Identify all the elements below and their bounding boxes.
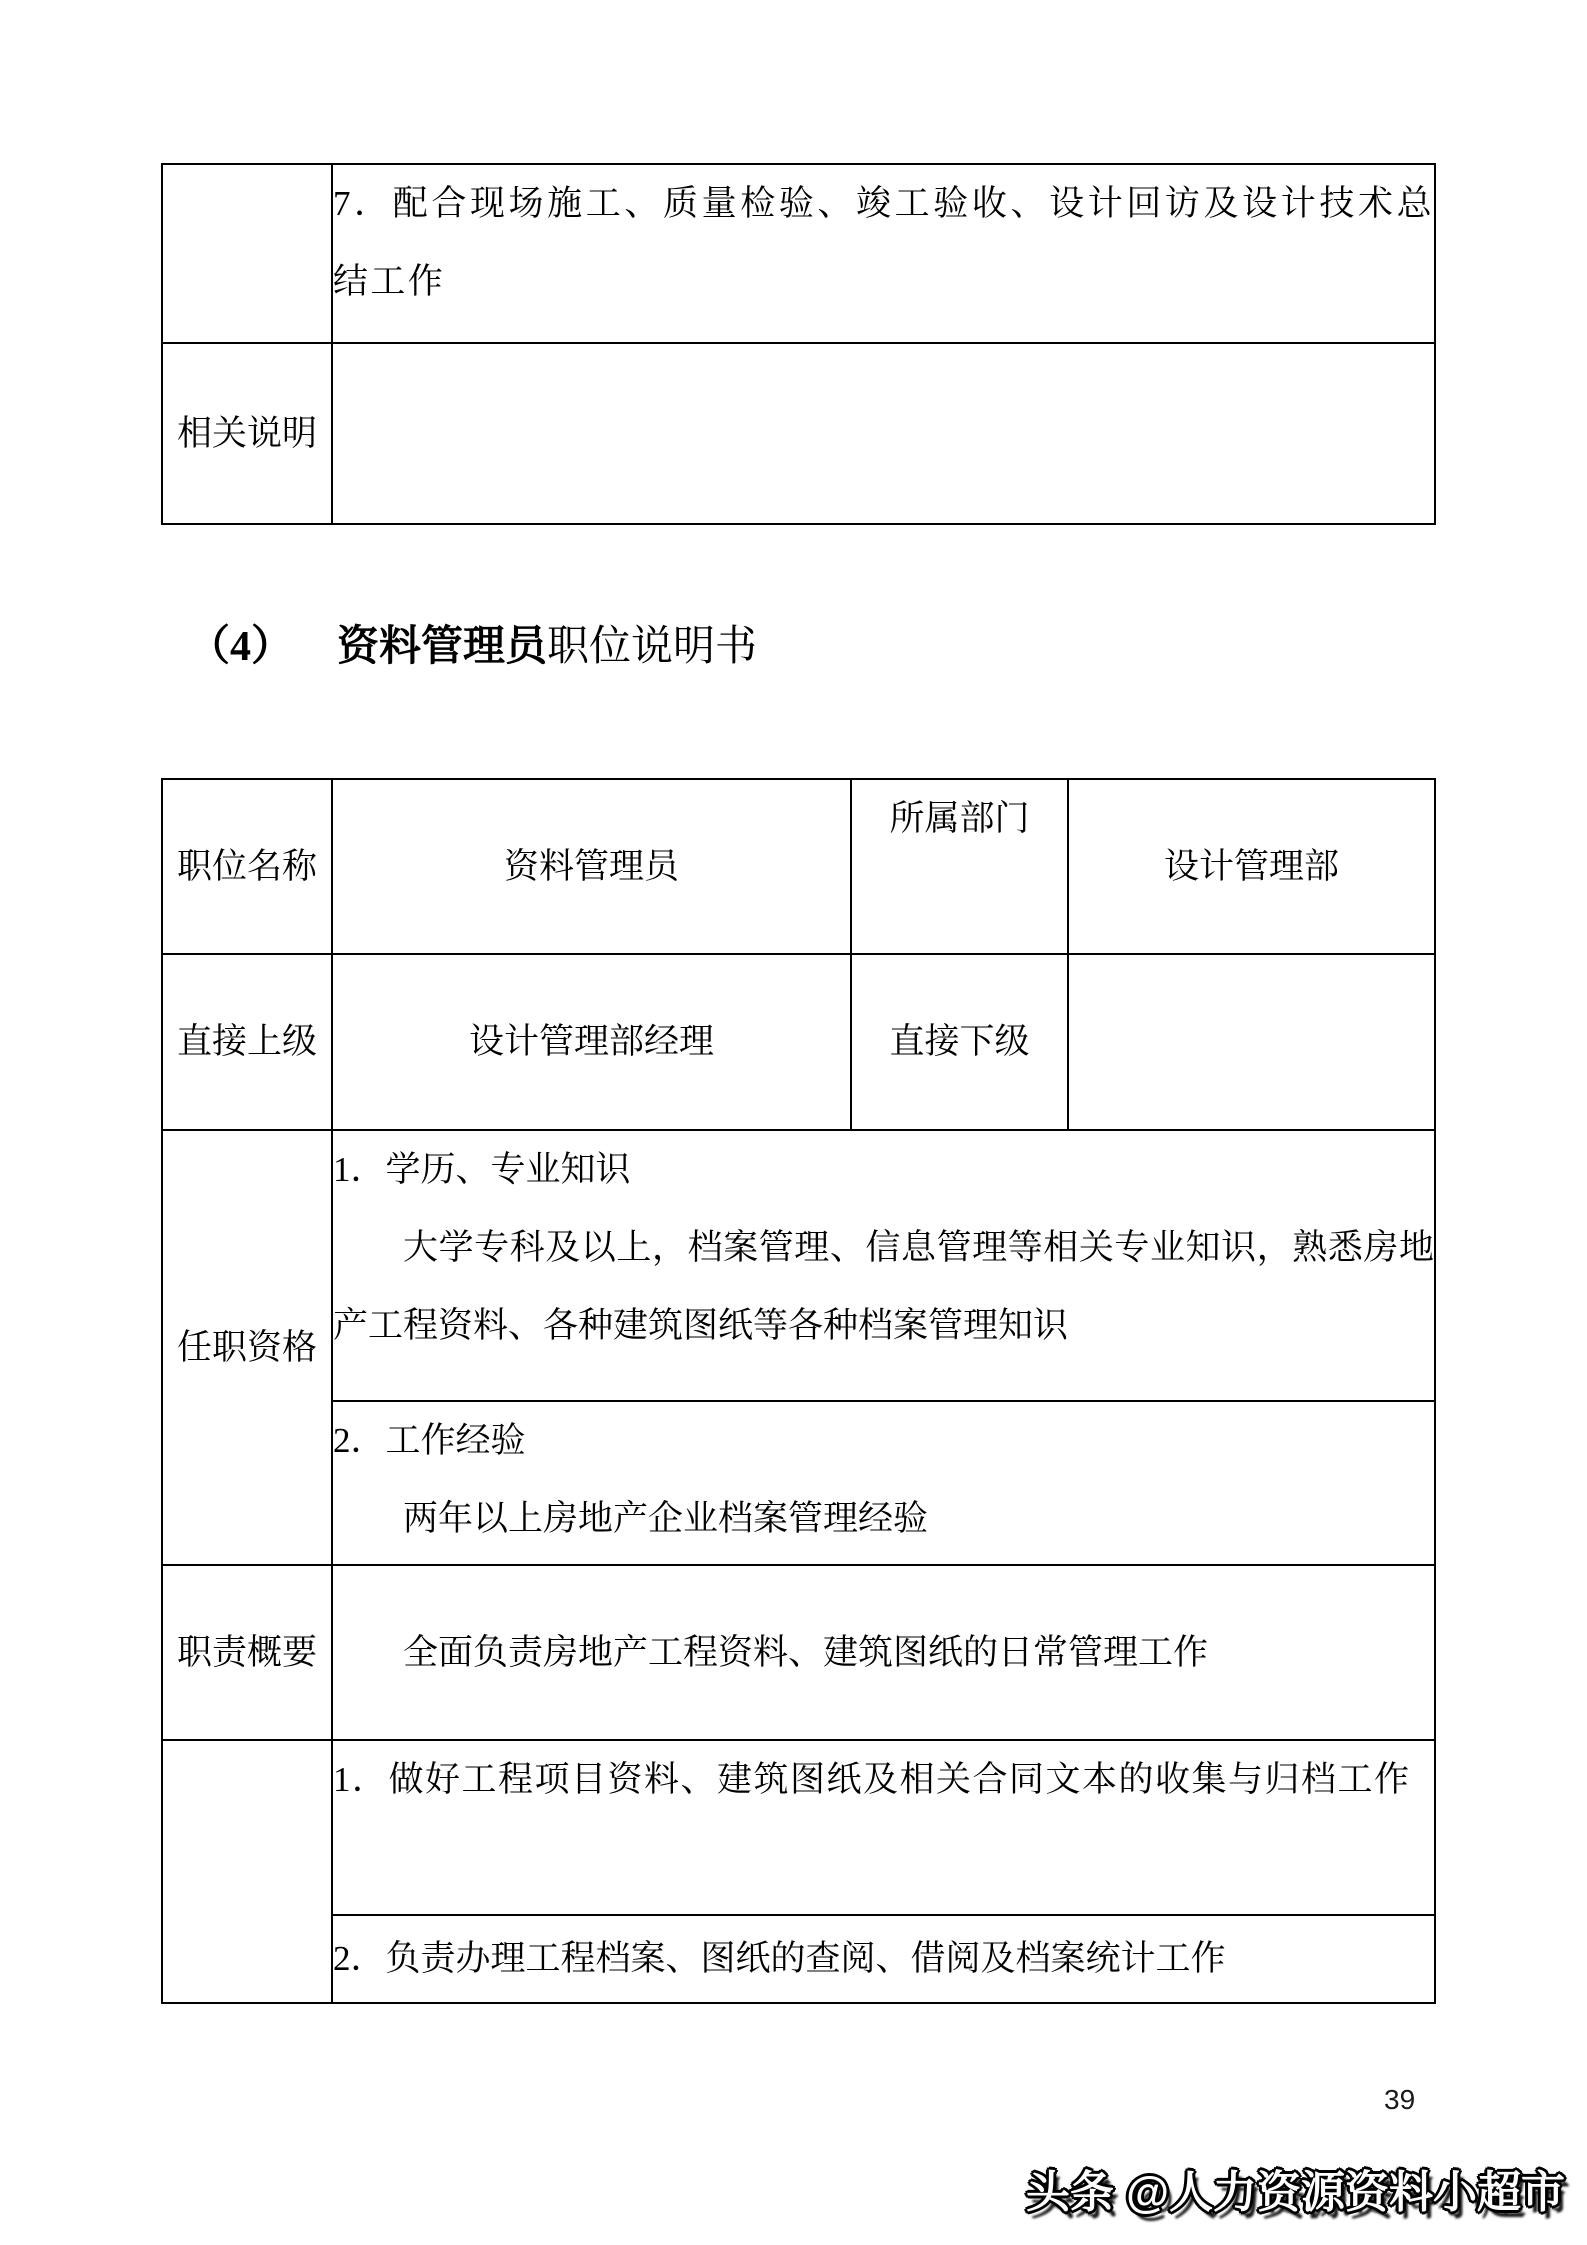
subordinate-value <box>1068 954 1435 1130</box>
table-row: 2．工作经验 两年以上房地产企业档案管理经验 <box>162 1401 1435 1565</box>
experience-title: 2．工作经验 <box>333 1402 1434 1480</box>
department-label: 所属部门 <box>851 779 1068 954</box>
section-heading: （4）资料管理员职位说明书 <box>188 602 757 692</box>
section-number: （4） <box>188 624 293 670</box>
duty-item-1-cell: 1．做好工程项目资料、建筑图纸及相关合同文本的收集与归档工作 <box>332 1740 1435 1915</box>
duty-7-text: 7．配合现场施工、质量检验、竣工验收、设计回访及设计技术总结工作 <box>333 165 1434 321</box>
qualifications-label: 任职资格 <box>162 1130 332 1565</box>
superior-label: 直接上级 <box>162 954 332 1130</box>
watermark: 头条 @人力资源资料小超市 <box>1026 2156 1565 2220</box>
qualifications-education-cell: 1．学历、专业知识 大学专科及以上，档案管理、信息管理等相关专业知识，熟悉房地产… <box>332 1130 1435 1401</box>
table-row: 1．做好工程项目资料、建筑图纸及相关合同文本的收集与归档工作 <box>162 1740 1435 1915</box>
duties-empty-label <box>162 1740 332 2003</box>
table-row: 相关说明 <box>162 343 1435 524</box>
education-title: 1．学历、专业知识 <box>333 1131 1434 1209</box>
job-description-table: 职位名称 资料管理员 所属部门 设计管理部 直接上级 设计管理部经理 直接下级 … <box>161 778 1436 2004</box>
document-page: 7．配合现场施工、质量检验、竣工验收、设计回访及设计技术总结工作 相关说明 （4… <box>0 0 1587 2245</box>
table-row: 7．配合现场施工、质量检验、竣工验收、设计回访及设计技术总结工作 <box>162 164 1435 343</box>
summary-cell: 全面负责房地产工程资料、建筑图纸的日常管理工作 <box>332 1565 1435 1740</box>
superior-value: 设计管理部经理 <box>332 954 851 1130</box>
position-name-label: 职位名称 <box>162 779 332 954</box>
table-row: 职责概要 全面负责房地产工程资料、建筑图纸的日常管理工作 <box>162 1565 1435 1740</box>
summary-label: 职责概要 <box>162 1565 332 1740</box>
table-row: 任职资格 1．学历、专业知识 大学专科及以上，档案管理、信息管理等相关专业知识，… <box>162 1130 1435 1401</box>
table-row: 直接上级 设计管理部经理 直接下级 <box>162 954 1435 1130</box>
page-number: 39 <box>1384 2084 1415 2116</box>
related-notes-label: 相关说明 <box>162 343 332 524</box>
duty-item-2-text: 2．负责办理工程档案、图纸的查阅、借阅及档案统计工作 <box>333 1920 1434 1998</box>
experience-detail: 两年以上房地产企业档案管理经验 <box>333 1480 1434 1558</box>
education-detail: 大学专科及以上，档案管理、信息管理等相关专业知识，熟悉房地产工程资料、各种建筑图… <box>333 1209 1434 1365</box>
continuation-table: 7．配合现场施工、质量检验、竣工验收、设计回访及设计技术总结工作 相关说明 <box>161 163 1436 525</box>
department-value: 设计管理部 <box>1068 779 1435 954</box>
table-row: 2．负责办理工程档案、图纸的查阅、借阅及档案统计工作 <box>162 1915 1435 2003</box>
subordinate-label: 直接下级 <box>851 954 1068 1130</box>
duty-item-2-cell: 2．负责办理工程档案、图纸的查阅、借阅及档案统计工作 <box>332 1915 1435 2003</box>
table-row: 职位名称 资料管理员 所属部门 设计管理部 <box>162 779 1435 954</box>
section-title-bold: 资料管理员 <box>337 624 547 670</box>
duty-7-cell: 7．配合现场施工、质量检验、竣工验收、设计回访及设计技术总结工作 <box>332 164 1435 343</box>
related-notes-value-cell <box>332 343 1435 524</box>
qualifications-experience-cell: 2．工作经验 两年以上房地产企业档案管理经验 <box>332 1401 1435 1565</box>
position-name-value: 资料管理员 <box>332 779 851 954</box>
section-title-rest: 职位说明书 <box>547 624 757 670</box>
empty-label-cell <box>162 164 332 343</box>
summary-text: 全面负责房地产工程资料、建筑图纸的日常管理工作 <box>333 1614 1434 1692</box>
duty-item-1-text: 1．做好工程项目资料、建筑图纸及相关合同文本的收集与归档工作 <box>333 1741 1434 1819</box>
